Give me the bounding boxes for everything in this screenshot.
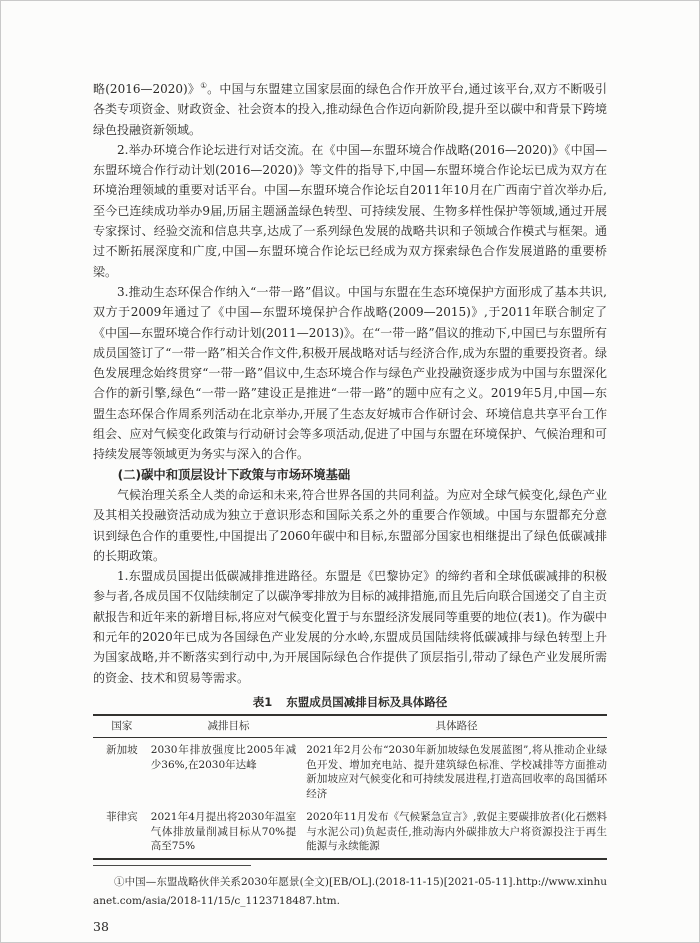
cell-country: 新加坡 — [93, 737, 151, 805]
table-row: 菲律宾 2021年4月提出将2030年温室气体排放量削减目标从70%提高至75%… — [93, 805, 607, 859]
reduction-targets-table: 国家 减排目标 具体路径 新加坡 2030年排放强度比2005年减少36%,在2… — [93, 714, 607, 860]
paragraph-text: 略(2016—2020)》 — [93, 82, 200, 96]
cell-target: 2021年4月提出将2030年温室气体排放量削减目标从70%提高至75% — [151, 805, 306, 859]
body-paragraph-1: 略(2016—2020)》①。中国与东盟建立国家层面的绿色合作开放平台,通过该平… — [93, 79, 607, 140]
body-paragraph-3: 3.推动生态环保合作纳入“一带一路”倡议。中国与东盟在生态环境保护方面形成了基本… — [93, 282, 607, 465]
cell-target: 2030年排放强度比2005年减少36%,在2030年达峰 — [151, 737, 306, 805]
cell-country: 菲律宾 — [93, 805, 151, 859]
document-page: 略(2016—2020)》①。中国与东盟建立国家层面的绿色合作开放平台,通过该平… — [0, 0, 700, 943]
page-number: 38 — [93, 919, 607, 935]
body-paragraph-2: 2.举办环境合作论坛进行对话交流。在《中国—东盟环境合作战略(2016—2020… — [93, 140, 607, 282]
footnote-text: ①中国—东盟战略伙伴关系2030年愿景(全文)[EB/OL].(2018-11-… — [93, 873, 607, 910]
cell-path: 2020年11月发布《气候紧急宣言》,敦促主要碳排放者(化石燃料与水泥公司)负起… — [306, 805, 607, 859]
column-header-target: 减排目标 — [151, 715, 306, 738]
table-caption: 表1东盟成员国减排目标及具体路径 — [93, 695, 607, 709]
table-caption-text: 东盟成员国减排目标及具体路径 — [286, 695, 447, 709]
section-heading: (二)碳中和顶层设计下政策与市场环境基础 — [93, 465, 607, 485]
table-caption-label: 表1 — [253, 695, 273, 709]
footnote-separator — [93, 865, 251, 866]
footnote-block: ①中国—东盟战略伙伴关系2030年愿景(全文)[EB/OL].(2018-11-… — [93, 865, 607, 910]
cell-path: 2021年2月公布“2030年新加坡绿色发展蓝图”,将从推动企业绿色开发、增加充… — [306, 737, 607, 805]
page-content: 略(2016—2020)》①。中国与东盟建立国家层面的绿色合作开放平台,通过该平… — [93, 79, 607, 935]
column-header-path: 具体路径 — [306, 715, 607, 738]
table-row: 新加坡 2030年排放强度比2005年减少36%,在2030年达峰 2021年2… — [93, 737, 607, 805]
table-header-row: 国家 减排目标 具体路径 — [93, 715, 607, 738]
column-header-country: 国家 — [93, 715, 151, 738]
body-paragraph-5: 1.东盟成员国提出低碳减排推进路径。东盟是《巴黎协定》的缔约者和全球低碳减排的积… — [93, 566, 607, 688]
body-paragraph-4: 气候治理关系全人类的命运和未来,符合世界各国的共同利益。为应对全球气候变化,绿色… — [93, 485, 607, 566]
